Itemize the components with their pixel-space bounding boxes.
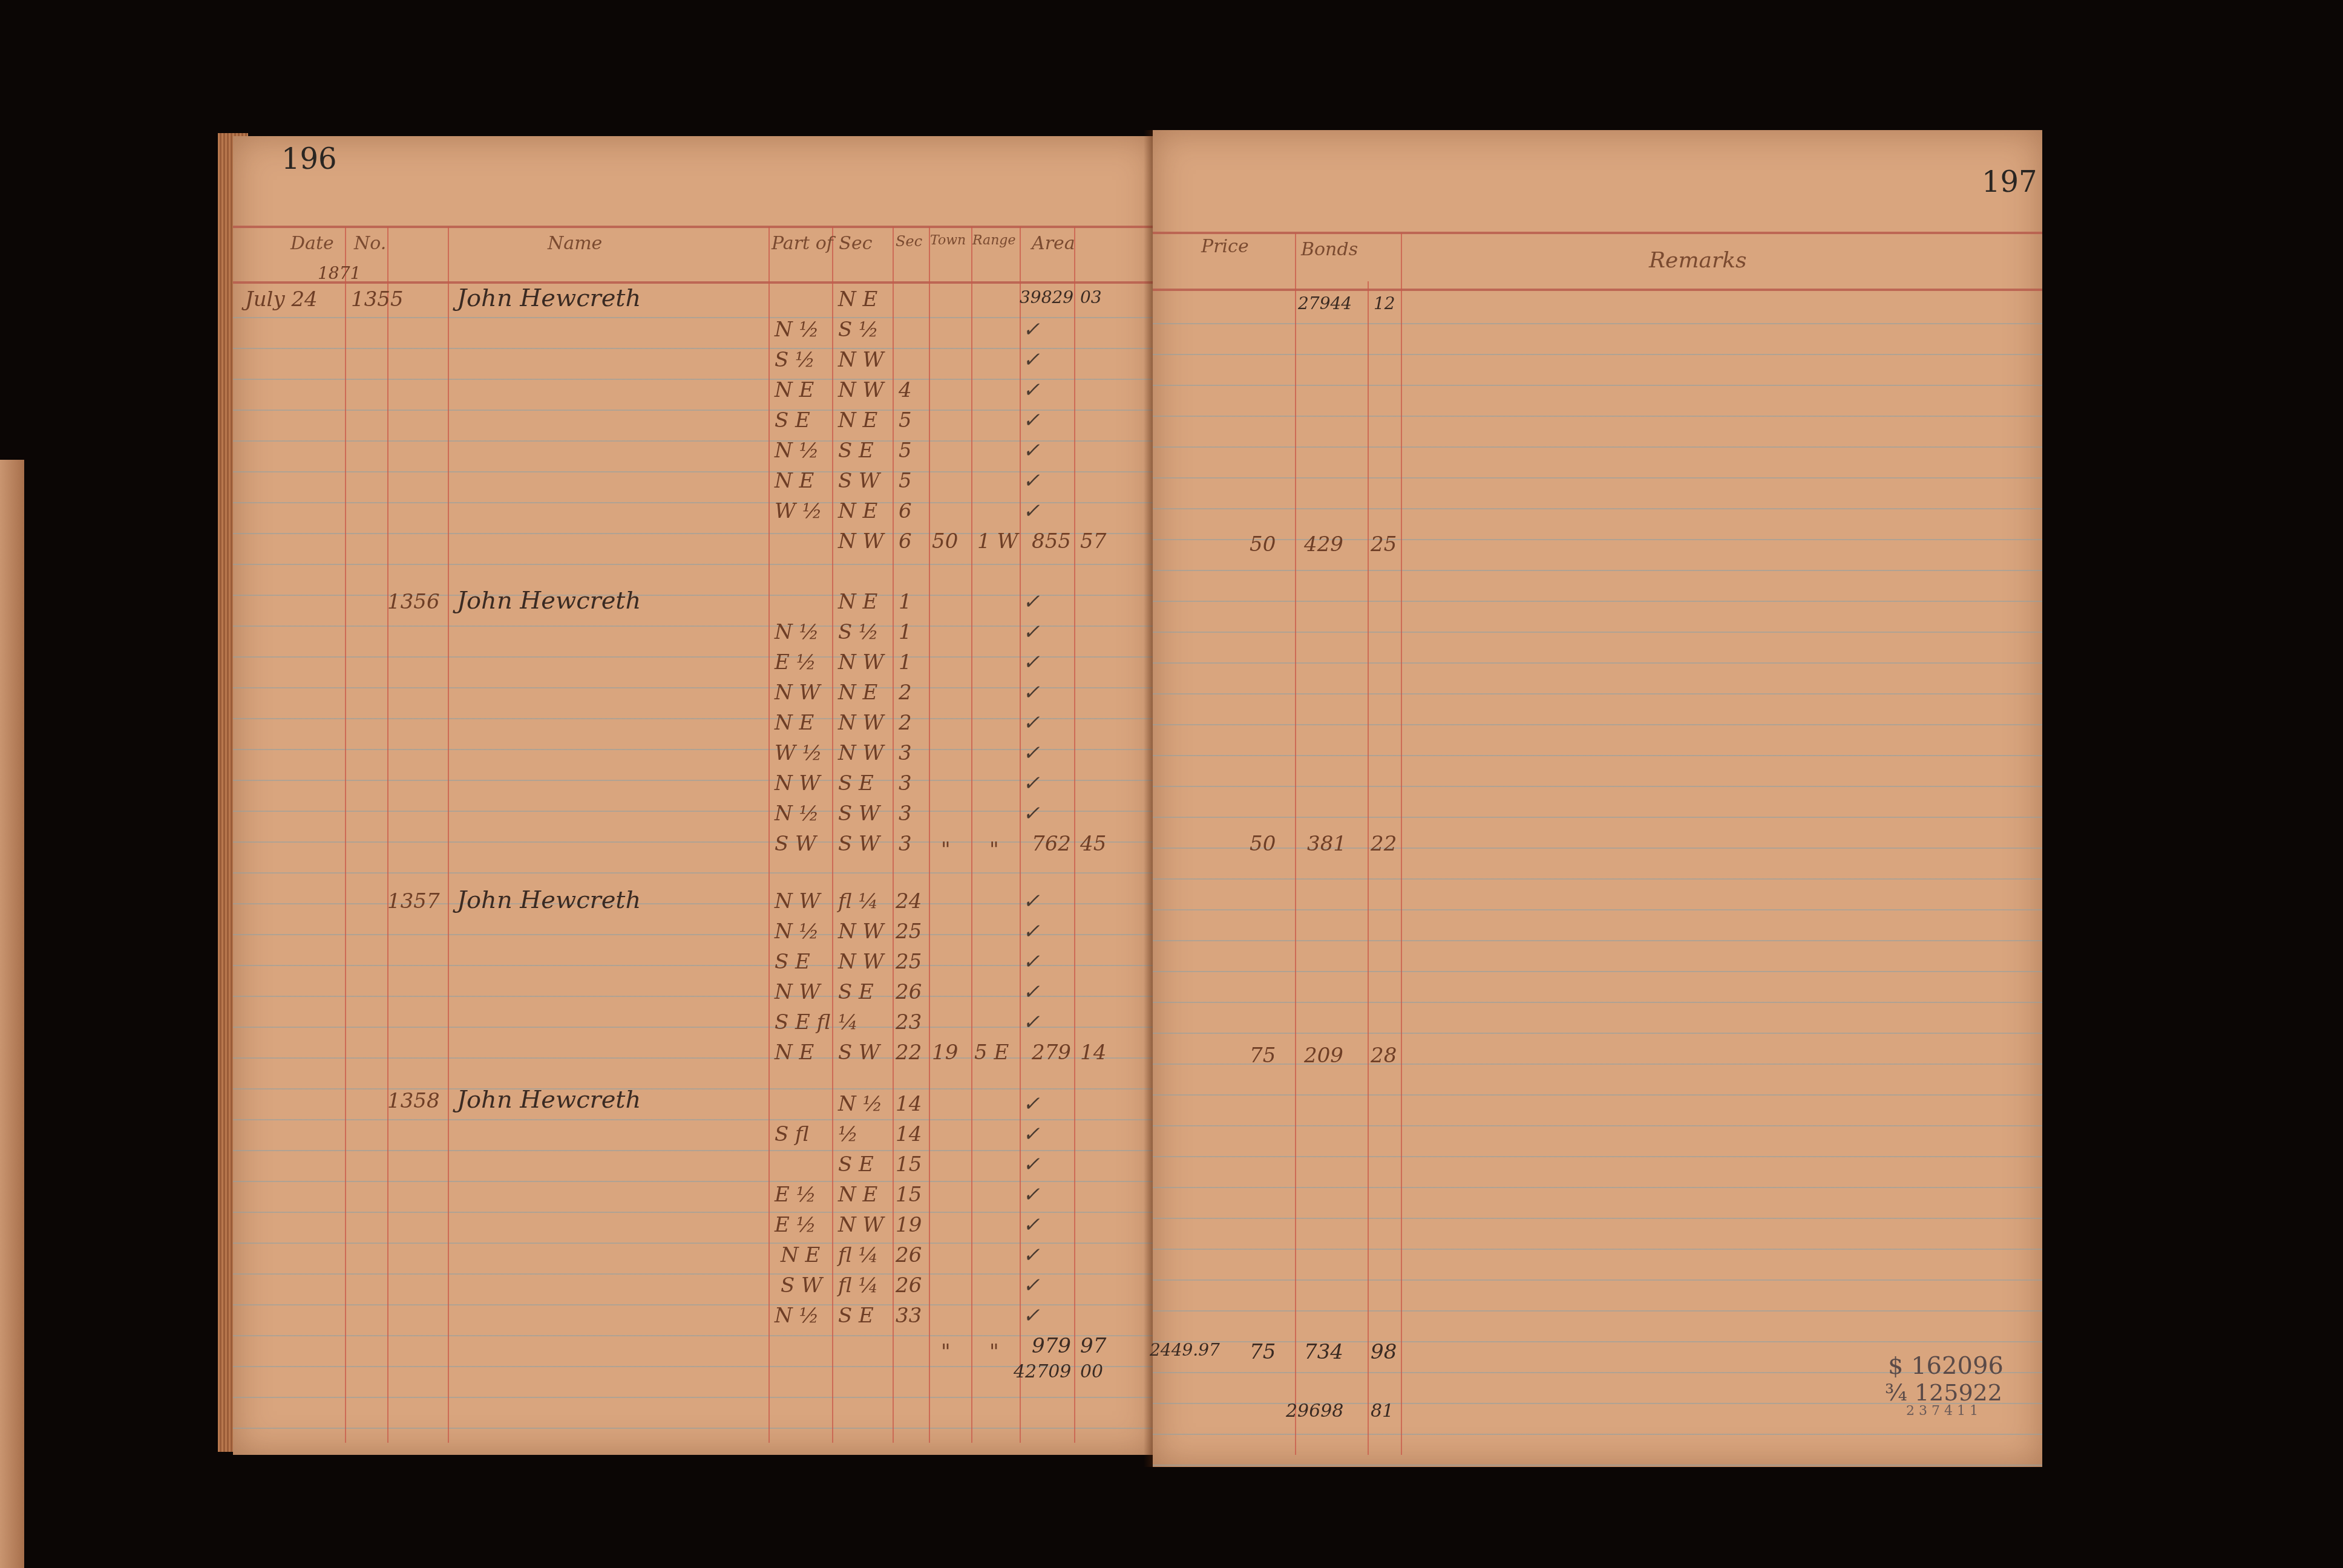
column-divider	[387, 227, 388, 1443]
price-value: 75	[1250, 1044, 1276, 1068]
part-of-section: N W	[838, 378, 884, 402]
price-value: 50	[1250, 532, 1276, 557]
check-mark: ✓	[1023, 439, 1040, 463]
part-of-section: S fl	[775, 1122, 809, 1146]
part-of-section: S W	[838, 802, 880, 826]
right-ledger-page: 197 Price Bonds Remarks 27944 12 50 429 …	[1153, 130, 2042, 1467]
section-number: 26	[896, 980, 922, 1004]
bonds-total: 29698	[1286, 1400, 1343, 1422]
section-number: 19	[896, 1213, 922, 1237]
part-of-section: N W	[775, 771, 821, 795]
part-of-section: W ½	[775, 741, 822, 765]
bonds-value: 429	[1304, 532, 1343, 557]
header-no: No.	[354, 233, 386, 254]
bonds-cents: 98	[1371, 1340, 1397, 1364]
part-of-section: E ½	[775, 650, 816, 675]
area-cents: 97	[1080, 1334, 1106, 1358]
margin-note-line1: $ 162096	[1888, 1352, 2004, 1380]
check-mark: ✓	[1023, 980, 1040, 1004]
section-number: 24	[896, 889, 922, 913]
area-total-cents: 00	[1080, 1361, 1103, 1382]
header-remarks: Remarks	[1649, 248, 1747, 273]
section-number: 15	[896, 1183, 922, 1207]
year: 1871	[318, 263, 361, 283]
section-number: 1	[899, 590, 912, 614]
check-mark: ✓	[1023, 378, 1040, 402]
part-of-section: N E	[781, 1243, 820, 1267]
part-of-section: N E	[838, 408, 877, 433]
entry-name: John Hewcreth	[457, 587, 641, 615]
section-number: 26	[896, 1273, 922, 1298]
section-number: 1	[899, 650, 912, 675]
part-of-section: N E	[775, 711, 814, 735]
bonds-cents: 25	[1371, 532, 1397, 557]
range-value: 5 E	[974, 1040, 1009, 1065]
area-value: 855	[1032, 529, 1071, 554]
part-of-section: S W	[775, 832, 816, 856]
bonds-cents: 12	[1374, 293, 1395, 313]
section-number: 3	[899, 802, 912, 826]
column-divider	[768, 227, 770, 1443]
part-of-section: N ½	[775, 802, 819, 826]
part-of-section: E ½	[775, 1213, 816, 1237]
part-of-section: N W	[838, 529, 884, 554]
area-cents: 57	[1080, 529, 1106, 554]
header-part-of-sec: Part of Sec	[772, 233, 872, 254]
entry-number: 1355	[351, 287, 404, 312]
header-date: Date	[290, 233, 334, 254]
bonds-value: 27944	[1298, 293, 1352, 313]
check-mark: ✓	[1023, 318, 1040, 342]
part-of-section: fl ¼	[838, 1273, 878, 1298]
check-mark: ✓	[1023, 348, 1040, 372]
section-number: 5	[899, 439, 912, 463]
section-number: 2	[899, 681, 912, 705]
part-of-section: N ½	[775, 620, 819, 644]
column-divider	[345, 227, 346, 1443]
column-divider	[448, 227, 449, 1443]
part-of-section: N E	[838, 287, 877, 312]
part-of-section: S ½	[838, 620, 879, 644]
part-of-section: N ½	[775, 439, 819, 463]
entry-name: John Hewcreth	[457, 1086, 641, 1114]
adjacent-document-edge	[0, 460, 24, 1568]
header-name: Name	[548, 233, 602, 254]
part-of-section: S E	[775, 408, 810, 433]
part-of-section: N E	[838, 499, 877, 523]
ditto-mark: "	[989, 838, 999, 862]
header-area: Area	[1032, 233, 1075, 254]
area-cents: 45	[1080, 832, 1106, 856]
column-divider	[1074, 227, 1075, 1443]
price-value: 75	[1250, 1340, 1276, 1364]
section-number: 5	[899, 408, 912, 433]
entry-number: 1356	[387, 590, 440, 614]
section-number: 14	[896, 1122, 922, 1146]
section-number: 33	[896, 1304, 922, 1328]
part-of-section: S E	[838, 1304, 874, 1328]
part-of-section: S W	[838, 1040, 880, 1065]
column-divider	[1020, 227, 1021, 1443]
section-number: 23	[896, 1010, 922, 1034]
bonds-value: 734	[1304, 1340, 1343, 1364]
section-number: 1	[899, 620, 912, 644]
part-of-section: fl ¼	[838, 1243, 878, 1267]
header-bottom-rule	[1153, 289, 2042, 291]
check-mark: ✓	[1023, 1122, 1040, 1146]
part-of-section: N W	[838, 920, 884, 944]
section-number: 14	[896, 1092, 922, 1116]
margin-note-line2: ¾ 125922	[1885, 1379, 2002, 1406]
entry-name: John Hewcreth	[457, 886, 641, 914]
header-town: Town	[930, 233, 966, 248]
bonds-total-cents: 81	[1371, 1400, 1394, 1422]
ditto-mark: "	[941, 838, 951, 862]
ruled-lines	[233, 287, 1156, 1455]
header-range: Range	[972, 233, 1015, 248]
bonds-value: 209	[1304, 1044, 1343, 1068]
section-number: 15	[896, 1152, 922, 1177]
column-divider	[971, 227, 972, 1443]
part-of-section: S E	[838, 1152, 874, 1177]
part-of-section: S W	[838, 469, 880, 493]
margin-note-line3: 2 3 7 4 1 1	[1906, 1403, 1978, 1419]
check-mark: ✓	[1023, 802, 1040, 826]
part-of-section: S E	[838, 439, 874, 463]
range-value: 1 W	[977, 529, 1018, 554]
part-of-section: N ½	[775, 920, 819, 944]
part-of-section: N W	[838, 650, 884, 675]
part-of-section: N E	[775, 378, 814, 402]
part-of-section: N W	[775, 681, 821, 705]
part-of-section: N W	[775, 889, 821, 913]
part-of-section: N E	[838, 1183, 877, 1207]
check-mark: ✓	[1023, 499, 1040, 523]
part-of-section: N E	[838, 681, 877, 705]
check-mark: ✓	[1023, 1183, 1040, 1207]
check-mark: ✓	[1023, 620, 1040, 644]
part-of-section: S E	[838, 980, 874, 1004]
entry-date: July 24	[245, 287, 318, 312]
right-page-number: 197	[1982, 165, 2037, 199]
check-mark: ✓	[1023, 920, 1040, 944]
ditto-mark: "	[941, 1340, 951, 1364]
area-value: 39829	[1020, 287, 1073, 307]
part-of-section: N E	[775, 469, 814, 493]
section-number: 2	[899, 711, 912, 735]
check-mark: ✓	[1023, 771, 1040, 795]
section-number: 25	[896, 950, 922, 974]
check-mark: ✓	[1023, 711, 1040, 735]
town-number: 50	[932, 529, 958, 554]
column-divider	[1295, 233, 1296, 1455]
part-of-section: N W	[838, 741, 884, 765]
section-number: 3	[899, 832, 912, 856]
check-mark: ✓	[1023, 950, 1040, 974]
header-bonds: Bonds	[1301, 239, 1358, 260]
column-divider	[1368, 281, 1369, 1455]
bonds-value: 381	[1307, 832, 1346, 856]
check-mark: ✓	[1023, 741, 1040, 765]
check-mark: ✓	[1023, 1213, 1040, 1237]
check-mark: ✓	[1023, 408, 1040, 433]
price-value: 50	[1250, 832, 1276, 856]
part-of-section: N W	[838, 1213, 884, 1237]
check-mark: ✓	[1023, 1010, 1040, 1034]
part-of-section: ¼	[838, 1010, 858, 1034]
price-note: 2449.97	[1150, 1340, 1220, 1360]
section-number: 3	[899, 741, 912, 765]
header-price: Price	[1201, 236, 1249, 257]
part-of-section: fl ¼	[838, 889, 878, 913]
part-of-section: N W	[838, 950, 884, 974]
section-number: 3	[899, 771, 912, 795]
area-value: 762	[1032, 832, 1071, 856]
section-number: 6	[899, 499, 912, 523]
area-total: 42709	[1014, 1361, 1071, 1382]
ruled-lines	[1153, 293, 2042, 1467]
check-mark: ✓	[1023, 681, 1040, 705]
part-of-section: N W	[838, 711, 884, 735]
area-value: 979	[1032, 1334, 1071, 1358]
part-of-section: S E	[775, 950, 810, 974]
area-cents: 14	[1080, 1040, 1106, 1065]
section-number: 5	[899, 469, 912, 493]
left-page-number: 196	[281, 142, 337, 176]
section-number: 25	[896, 920, 922, 944]
part-of-section: S E	[838, 771, 874, 795]
column-divider	[893, 227, 894, 1443]
entry-name: John Hewcreth	[457, 284, 641, 312]
town-number: 19	[932, 1040, 958, 1065]
ditto-mark: "	[989, 1340, 999, 1364]
check-mark: ✓	[1023, 1304, 1040, 1328]
part-of-section: N ½	[775, 1304, 819, 1328]
check-mark: ✓	[1023, 889, 1040, 913]
part-of-section: S ½	[775, 348, 815, 372]
header-top-rule	[1153, 232, 2042, 234]
check-mark: ✓	[1023, 1152, 1040, 1177]
check-mark: ✓	[1023, 1092, 1040, 1116]
section-number: 6	[899, 529, 912, 554]
bonds-cents: 28	[1371, 1044, 1397, 1068]
check-mark: ✓	[1023, 650, 1040, 675]
bonds-cents: 22	[1371, 832, 1397, 856]
column-divider	[832, 227, 833, 1443]
part-of-section: N ½	[775, 318, 819, 342]
left-ledger-page: 196 Date No. Name Part of Sec Sec Town R…	[233, 136, 1156, 1455]
section-number: 4	[899, 378, 912, 402]
header-top-rule	[233, 226, 1156, 228]
section-number: 26	[896, 1243, 922, 1267]
part-of-section: N ½	[838, 1092, 883, 1116]
part-of-section: S E fl	[775, 1010, 830, 1034]
check-mark: ✓	[1023, 1273, 1040, 1298]
header-sec: Sec	[896, 233, 922, 250]
area-cents: 03	[1080, 287, 1102, 307]
part-of-section: N E	[775, 1040, 814, 1065]
header-bottom-rule	[233, 281, 1156, 284]
check-mark: ✓	[1023, 590, 1040, 614]
part-of-section: ½	[838, 1122, 858, 1146]
entry-number: 1358	[387, 1089, 440, 1113]
part-of-section: E ½	[775, 1183, 816, 1207]
part-of-section: S W	[781, 1273, 822, 1298]
part-of-section: N W	[838, 348, 884, 372]
check-mark: ✓	[1023, 1243, 1040, 1267]
part-of-section: W ½	[775, 499, 822, 523]
part-of-section: N E	[838, 590, 877, 614]
column-divider	[929, 227, 930, 1443]
area-value: 279	[1032, 1040, 1071, 1065]
part-of-section: S W	[838, 832, 880, 856]
part-of-section: N W	[775, 980, 821, 1004]
entry-number: 1357	[387, 889, 440, 913]
part-of-section: S ½	[838, 318, 879, 342]
check-mark: ✓	[1023, 469, 1040, 493]
column-divider	[1401, 233, 1402, 1455]
section-number: 22	[896, 1040, 922, 1065]
